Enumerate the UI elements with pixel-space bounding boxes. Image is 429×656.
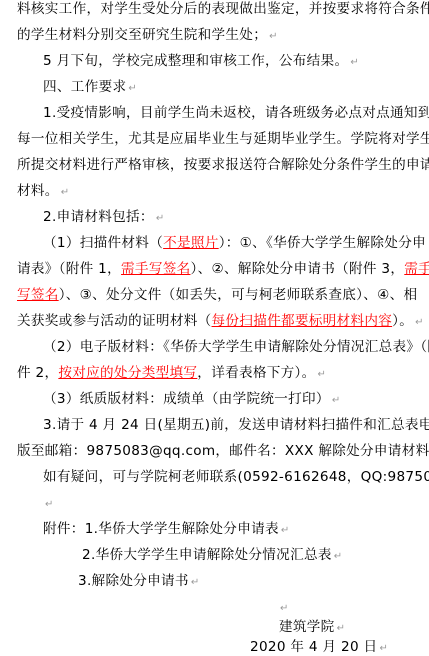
attachment-item: 1.华侨大学学生解除处分申请表 <box>85 521 279 537</box>
text-line: 1.受疫情影响，目前学生尚未返校，请各班级务必点对点通知到 <box>43 104 412 122</box>
text-line: 3.请于 4 月 24 日(星期五)前，发送申请材料扫描件和汇总表电子 <box>43 416 412 434</box>
text-line: 写签名）、③、处分文件（如丢失，可与柯老师联系查底）、④、相 <box>17 286 412 304</box>
highlighted-text: 需手写签名 <box>121 261 190 277</box>
text: （1）扫描件材料（ <box>43 235 163 251</box>
text: 1.受疫情影响，目前学生尚未返校，请各班级务必点对点通知到 <box>43 105 429 121</box>
text: 2.华侨大学学生申请解除处分情况汇总表 <box>82 547 332 563</box>
text: （2）电子版材料：《华侨大学学生申请解除处分情况汇总表》（附 <box>43 339 429 355</box>
text: 料核实工作，对学生受处分后的表现做出鉴定，并按要求将符合条件 <box>17 1 429 17</box>
text-line: 请表》（附件 1，需手写签名）、②、解除处分申请书（附件 3，需手 <box>17 260 412 278</box>
text: ）：①、《华侨大学学生解除处分申 <box>219 235 426 251</box>
highlighted-text: 每份扫描件都要标明材料内容 <box>212 313 393 329</box>
signature-org: 建筑学院↵ <box>279 618 345 636</box>
attachments-label: 附件： <box>43 521 85 537</box>
text: 所提交材料进行严格审核，按要求报送符合解除处分条件学生的申请 <box>17 157 429 173</box>
signature-date: 2020 年 4 月 20 日↵ <box>250 638 388 656</box>
text-line: 材料。↵ <box>17 182 69 200</box>
text-line: 所提交材料进行严格审核，按要求报送符合解除处分条件学生的申请 <box>17 156 412 174</box>
text-line: 版至邮箱：9875083@qq.com，邮件名：XXX 解除处分申请材料。↵ <box>17 442 429 460</box>
contact-text: 如有疑问，可与学院柯老师联系(0592-6162648，QQ:9875083)。 <box>43 469 429 485</box>
text-line: 每一位相关学生，尤其是应届毕业生与延期毕业学生。学院将对学生 <box>17 130 412 148</box>
text: ）、②、解除处分申请书（附件 3， <box>191 261 405 277</box>
paragraph-mark-icon: ↵ <box>334 551 343 562</box>
paragraph-mark-icon: ↵ <box>350 57 359 68</box>
paragraph-mark-icon: ↵ <box>45 499 54 510</box>
highlighted-text: 按对应的处分类型填写 <box>58 365 197 381</box>
text: 四、工作要求 <box>43 79 126 95</box>
attachment-item: 3.解除处分申请书↵ <box>78 572 200 590</box>
paragraph-mark-icon: ↵ <box>191 577 200 588</box>
text-line: 关获奖或参与活动的证明材料（每份扫描件都要标明材料内容）。↵ <box>17 312 424 330</box>
paragraph-mark-icon: ↵ <box>337 623 346 634</box>
paragraph-mark-icon: ↵ <box>318 369 327 380</box>
text: 3.解除处分申请书 <box>78 573 189 589</box>
text: 材料。 <box>17 183 59 199</box>
text: 件 2， <box>17 365 58 381</box>
paragraph-mark-icon: ↵ <box>128 83 137 94</box>
text: 建筑学院 <box>279 619 335 635</box>
attachment-item: 2.华侨大学学生申请解除处分情况汇总表↵ <box>82 546 342 564</box>
text: （3）纸质版材料：成绩单（由学院统一打印） <box>43 391 330 407</box>
text: 请表》（附件 1， <box>17 261 121 277</box>
section-heading: 四、工作要求↵ <box>43 78 137 96</box>
text: 3.请于 4 月 24 日(星期五)前，发送申请材料扫描件和汇总表电子 <box>43 417 429 433</box>
text: 的学生材料分别交至研究生院和学生处； <box>17 27 267 43</box>
text: 2020 年 4 月 20 日 <box>250 639 377 655</box>
text-line: 2.申请材料包括：↵ <box>43 208 165 226</box>
text: 2.申请材料包括： <box>43 209 154 225</box>
highlighted-text: 写签名 <box>17 287 59 303</box>
empty-line: ↵ <box>43 494 54 512</box>
paragraph-mark-icon: ↵ <box>379 643 388 654</box>
text: ）。 <box>392 313 413 329</box>
text-line: （2）电子版材料：《华侨大学学生申请解除处分情况汇总表》（附 <box>43 338 412 356</box>
text: 关获奖或参与活动的证明材料（ <box>17 313 212 329</box>
paragraph-mark-icon: ↵ <box>281 525 290 536</box>
email-text: 版至邮箱：9875083@qq.com，邮件名：XXX 解除处分申请材料。 <box>17 443 429 459</box>
text: ）、③、处分文件（如丢失，可与柯老师联系查底）、④、相 <box>59 287 418 303</box>
highlighted-text: 不是照片 <box>163 235 219 251</box>
empty-line: ↵ <box>278 598 289 616</box>
text-line: 的学生材料分别交至研究生院和学生处；↵ <box>17 26 278 44</box>
text-line: 5 月下旬，学校完成整理和审核工作，公布结果。↵ <box>43 52 359 70</box>
text: 5 月下旬，学校完成整理和审核工作，公布结果。 <box>43 53 348 69</box>
text-line: 件 2，按对应的处分类型填写，详看表格下方）。↵ <box>17 364 326 382</box>
paragraph-mark-icon: ↵ <box>332 395 341 406</box>
text-line: （1）扫描件材料（不是照片）：①、《华侨大学学生解除处分申 <box>43 234 412 252</box>
highlighted-text: 需手 <box>404 261 429 277</box>
paragraph-mark-icon: ↵ <box>269 31 278 42</box>
paragraph-mark-icon: ↵ <box>280 603 289 614</box>
paragraph-mark-icon: ↵ <box>415 317 424 328</box>
text: ，详看表格下方）。 <box>197 365 315 381</box>
text-line: 料核实工作，对学生受处分后的表现做出鉴定，并按要求将符合条件 <box>17 0 412 18</box>
attachments-line: 附件：1.华侨大学学生解除处分申请表↵ <box>43 520 290 538</box>
paragraph-mark-icon: ↵ <box>156 213 165 224</box>
text: 每一位相关学生，尤其是应届毕业生与延期毕业学生。学院将对学生 <box>17 131 429 147</box>
text-line: 如有疑问，可与学院柯老师联系(0592-6162648，QQ:9875083)。… <box>43 468 429 486</box>
text-line: （3）纸质版材料：成绩单（由学院统一打印）↵ <box>43 390 341 408</box>
paragraph-mark-icon: ↵ <box>61 187 70 198</box>
